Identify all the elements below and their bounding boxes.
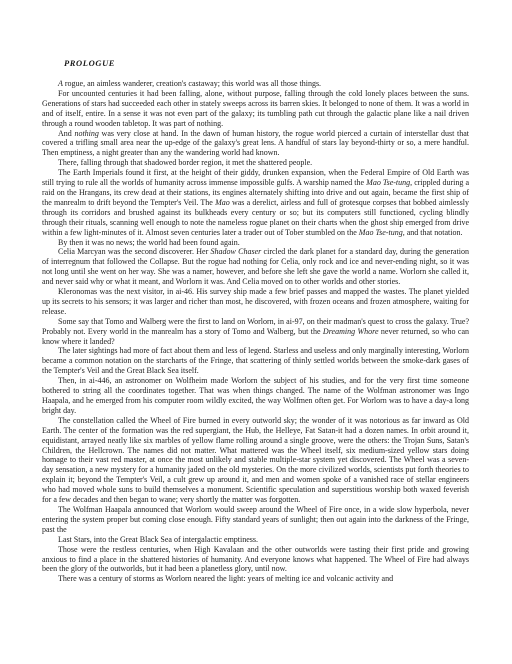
paragraph: There, falling through that shadowed bor… xyxy=(42,158,469,168)
paragraph: The Earth Imperials found it first, at t… xyxy=(42,168,469,237)
paragraph: For uncounted centuries it had been fall… xyxy=(42,89,469,129)
prologue-text: A rogue, an aimless wanderer, creation's… xyxy=(42,79,469,584)
paragraph: A rogue, an aimless wanderer, creation's… xyxy=(42,79,469,89)
paragraph: Some say that Tomo and Walberg were the … xyxy=(42,317,469,347)
paragraph: Those were the restless centuries, when … xyxy=(42,545,469,575)
paragraph: The later sightings had more of fact abo… xyxy=(42,346,469,376)
paragraph: The constellation called the Wheel of Fi… xyxy=(42,416,469,505)
paragraph: The Wolfman Haapala announced that Worlo… xyxy=(42,505,469,535)
paragraph: Then, in ai-446, an astronomer on Wolfhe… xyxy=(42,376,469,416)
document-page: PROLOGUE A rogue, an aimless wanderer, c… xyxy=(42,58,469,584)
paragraph: Last Stars, into the Great Black Sea of … xyxy=(42,535,469,545)
paragraph: By then it was no news; the world had be… xyxy=(42,238,469,248)
paragraph: Kleronomas was the next visitor, in ai-4… xyxy=(42,287,469,317)
prologue-title: PROLOGUE xyxy=(64,58,469,68)
paragraph: Celia Marcyan was the second discoverer.… xyxy=(42,247,469,287)
paragraph: There was a century of storms as Worlorn… xyxy=(42,574,469,584)
paragraph: And nothing was very close at hand. In t… xyxy=(42,129,469,159)
